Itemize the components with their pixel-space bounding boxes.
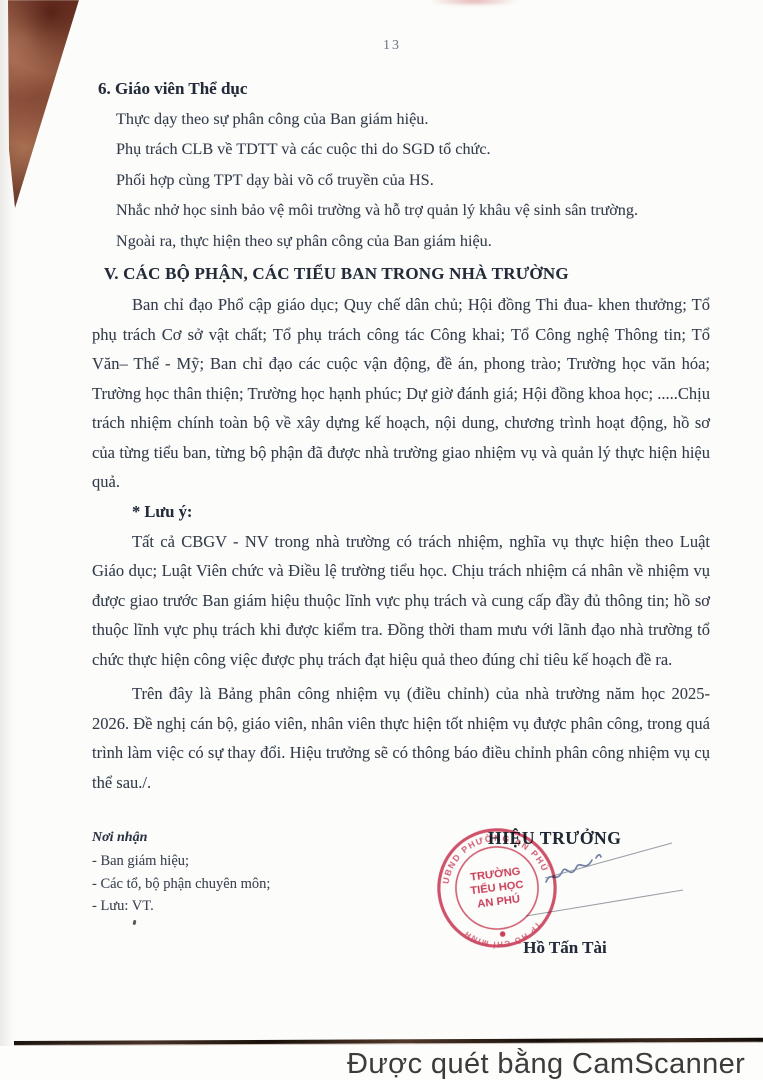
scan-page-edge-line	[14, 1038, 763, 1045]
page-number: 13	[352, 38, 432, 54]
recipient-item: - Ban giám hiệu;	[92, 850, 270, 873]
recipient-item: - Các tổ, bộ phận chuyên môn;	[92, 873, 270, 896]
recipients-heading: Nơi nhận	[92, 830, 270, 846]
scanned-document-page: 13 6. Giáo viên Thể dục Thực dạy theo sự…	[0, 0, 763, 1080]
section-5-heading: V. CÁC BỘ PHẬN, CÁC TIỂU BAN TRONG NHÀ T…	[104, 258, 710, 290]
note-paragraph: Tất cả CBGV - NV trong nhà trường có trá…	[92, 527, 710, 675]
closing-paragraph: Trên đây là Bảng phân công nhiệm vụ (điề…	[92, 679, 710, 797]
duty-item: Nhắc nhở học sinh bảo vệ môi trường và h…	[116, 195, 710, 225]
recipients-block: Nơi nhận - Ban giám hiệu; - Các tổ, bộ p…	[92, 830, 270, 918]
duty-item: Phối hợp cùng TPT dạy bài võ cổ truyền c…	[116, 165, 710, 195]
section-6-heading: 6. Giáo viên Thể dục	[98, 74, 710, 104]
page-corner-fold-artifact	[0, 0, 82, 210]
note-heading: * Lưu ý:	[132, 497, 710, 527]
recipient-item: - Lưu: VT.	[92, 895, 270, 918]
signature-stroke	[545, 843, 672, 878]
seal-star-icon	[500, 931, 506, 937]
camscanner-watermark: Được quét bằng CamScanner	[347, 1048, 745, 1080]
scan-smudge	[428, 0, 520, 6]
section-5-paragraph: Ban chỉ đạo Phổ cập giáo dục; Quy chế dâ…	[92, 290, 710, 497]
signer-name: Hồ Tấn Tài	[510, 938, 620, 958]
document-body: 6. Giáo viên Thể dục Thực dạy theo sự ph…	[92, 74, 710, 797]
duty-item: Thực dạy theo sự phân công của Ban giám …	[116, 104, 710, 134]
section-6-duty-list: Thực dạy theo sự phân công của Ban giám …	[92, 104, 710, 256]
scan-speck	[133, 920, 137, 926]
duty-item: Phụ trách CLB về TDTT và các cuộc thi do…	[116, 134, 710, 164]
recipients-list: - Ban giám hiệu; - Các tổ, bộ phận chuyê…	[92, 850, 270, 918]
duty-item: Ngoài ra, thực hiện theo sự phân công củ…	[116, 226, 710, 256]
